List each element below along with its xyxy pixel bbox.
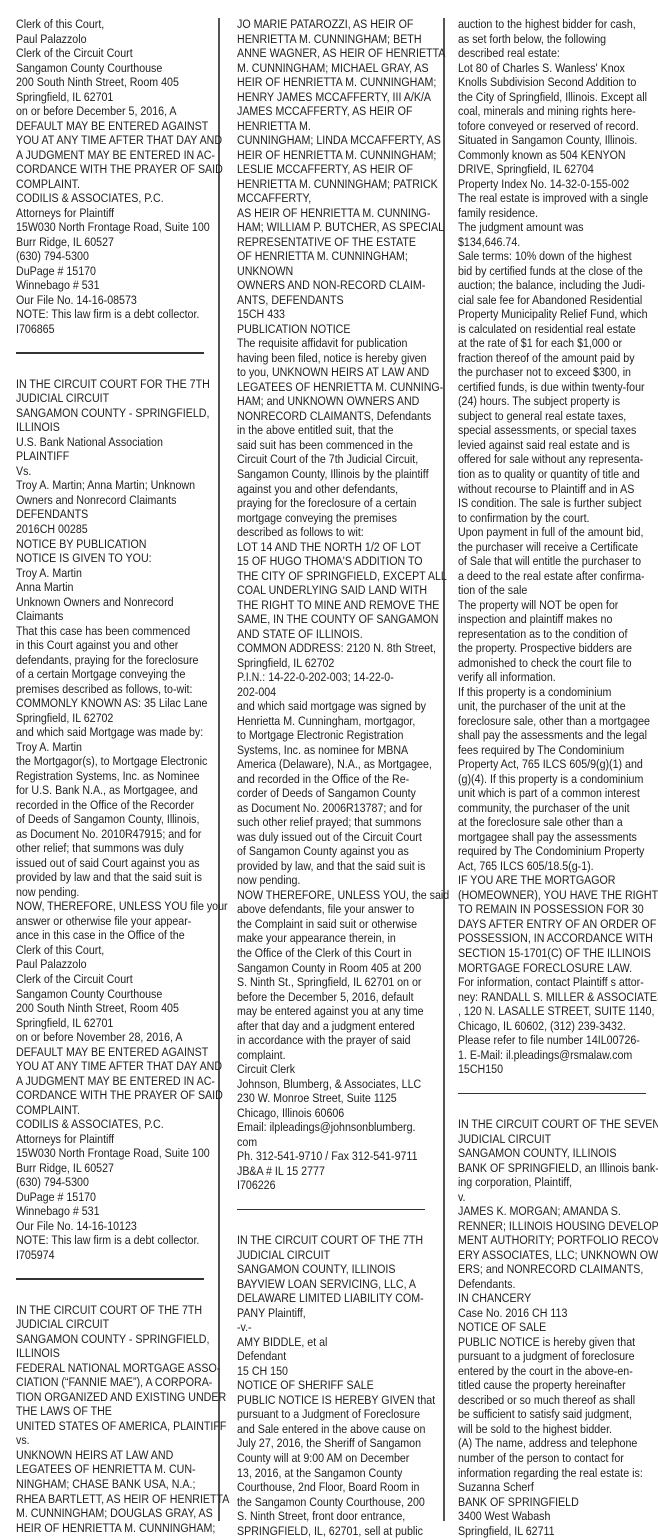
- notice-text-line: in this Court against you and other: [16, 638, 188, 653]
- notice-text-line: DAYS AFTER ENTRY OF AN ORDER OF: [458, 917, 630, 932]
- notice-text-line: Situated in Sangamon County, Illinois.: [458, 133, 630, 148]
- notice-text-line: 200 South Ninth Street, Room 405: [16, 75, 188, 90]
- notice-text-line: Ph. 312-541-9710 / Fax 312-541-9711: [237, 1149, 409, 1164]
- notice-text-line: 15CH 433: [237, 307, 409, 322]
- notice-text-line: July 27, 2016, the Sheriff of Sangamon: [237, 1436, 409, 1451]
- notice-text-line: pursuant to a Judgment of Foreclosure: [237, 1407, 409, 1422]
- notice-text-line: HENRIETTA M. CUNNINGHAM; PATRICK: [237, 177, 409, 192]
- notice-text-line: PLAINTIFF: [16, 449, 188, 464]
- notice-text-line: foreclosure sale, other than a mortgagee: [458, 714, 630, 729]
- notice-text-line: vs.: [16, 1433, 188, 1448]
- notice-text-line: pursuant to a judgment of foreclosure: [458, 1349, 630, 1364]
- notice-text-line: I706865: [16, 322, 188, 337]
- notice-text-line: ILLINOIS: [16, 420, 188, 435]
- notice-text-line: Henrietta M. Cunningham, mortgagor,: [237, 714, 409, 729]
- notice-text-line: ing corporation, Plaintiff,: [458, 1175, 630, 1190]
- notice-text-line: Attorneys for Plaintiff: [16, 1132, 188, 1147]
- notice-text-line: MORTGAGE FORECLOSURE LAW.: [458, 961, 630, 976]
- notice-text-line: PUBLICATION NOTICE: [237, 322, 409, 337]
- notice-text-line: Anna Martin: [16, 580, 188, 595]
- notice-text-line: entered by the court in the above-en-: [458, 1364, 630, 1379]
- notice-text-line: admonished to check the court file to: [458, 656, 630, 671]
- notice-text-line: THE LAWS OF THE: [16, 1404, 188, 1419]
- notice-text-line: Springfield, IL 62702: [237, 656, 409, 671]
- notice-text-line: Defendants.: [458, 1277, 630, 1292]
- notice-text-line: SAME, IN THE COUNTY OF SANGAMON: [237, 612, 409, 627]
- notice-text-line: JUDICIAL CIRCUIT: [16, 391, 188, 406]
- notice-text-line: Case No. 2016 CH 113: [458, 1306, 630, 1321]
- notice-text-line: tion as to quality or quantity of title …: [458, 467, 630, 482]
- notice-text-line: A JUDGMENT MAY BE ENTERED IN AC-: [16, 1074, 188, 1089]
- notice-text-line: POSSESSION, IN ACCORDANCE WITH: [458, 931, 630, 946]
- notice-text-line: the property. Prospective bidders are: [458, 641, 630, 656]
- notice-text-line: COMPLAINT.: [16, 177, 188, 192]
- notice-text-line: ANNE WAGNER, AS HEIR OF HENRIETTA: [237, 46, 409, 61]
- notice-text-line: (630) 794-5300: [16, 1175, 188, 1190]
- notice-text-line: information regarding the real estate is…: [458, 1466, 630, 1481]
- notice-text-line: inspection and plaintiff makes no: [458, 612, 630, 627]
- notice-text-line: is calculated on residential real estate: [458, 322, 630, 337]
- notice-text-line: CIATION (“FANNIE MAE”), A CORPORA-: [16, 1375, 188, 1390]
- notice-text-line: JO MARIE PATAROZZI, AS HEIR OF: [237, 17, 409, 32]
- column-divider-1: [218, 18, 220, 1521]
- notice-text-line: 15W030 North Frontage Road, Suite 100: [16, 1146, 188, 1161]
- notice-text-line: may be entered against you at any time: [237, 1004, 409, 1019]
- notice-text-line: Our File No. 14-16-08573: [16, 293, 188, 308]
- notice-text-line: NINGHAM; CHASE BANK USA, N.A.;: [16, 1477, 188, 1492]
- legal-notice: Clerk of this Court,Paul PalazzoloClerk …: [16, 17, 216, 336]
- notice-text-line: Paul Palazzolo: [16, 32, 188, 47]
- notice-text-line: Property Act, 765 ILCS 605/9(g)(1) and: [458, 757, 630, 772]
- notice-text-line: to Mortgage Electronic Registration: [237, 728, 409, 743]
- notice-text-line: bid by certified funds at the close of t…: [458, 264, 630, 279]
- notice-text-line: verify all information.: [458, 670, 630, 685]
- notice-text-line: special assessments, or special taxes: [458, 423, 630, 438]
- notice-text-line: CORDANCE WITH THE PRAYER OF SAID: [16, 1088, 188, 1103]
- notice-text-line: to confirmation by the court.: [458, 511, 630, 526]
- notice-text-line: recorded in the Office of the Recorder: [16, 798, 188, 813]
- notice-text-line: The real estate is improved with a singl…: [458, 191, 630, 206]
- notice-text-line: DEFAULT MAY BE ENTERED AGAINST: [16, 1045, 188, 1060]
- notice-text-line: HEIR OF HENRIETTA M. CUNNINGHAM;: [16, 1521, 188, 1536]
- notice-text-line: SANGAMON COUNTY, ILLINOIS: [237, 1262, 409, 1277]
- notice-text-line: fees required by The Condominium: [458, 743, 630, 758]
- notice-text-line: Springfield, IL 62701: [16, 1016, 188, 1031]
- notice-text-line: TO REMAIN IN POSSESSION FOR 30: [458, 902, 630, 917]
- notice-text-line: other relief; that summons was duly: [16, 841, 188, 856]
- notice-text-line: M. CUNNINGHAM; DOUGLAS GRAY, AS: [16, 1506, 188, 1521]
- notice-text-line: $134,646.74.: [458, 235, 630, 250]
- notice-text-line: U.S. Bank National Association: [16, 435, 188, 450]
- notice-text-line: SANGAMON COUNTY - SPRINGFIELD,: [16, 1332, 188, 1347]
- notice-text-line: HENRIETTA M. CUNNINGHAM; BETH: [237, 32, 409, 47]
- notice-text-line: Sangamon County in Room 405 at 200: [237, 961, 409, 976]
- notice-text-line: be sufficient to satisfy said judgment,: [458, 1407, 630, 1422]
- notice-text-line: (HOMEOWNER), YOU HAVE THE RIGHT: [458, 888, 630, 903]
- notice-text-line: Vs.: [16, 464, 188, 479]
- notice-text-line: the purchaser not to exceed $300, in: [458, 365, 630, 380]
- notice-text-line: against you and other defendants,: [237, 482, 409, 497]
- notice-text-line: Attorneys for Plaintiff: [16, 206, 188, 221]
- notice-text-line: MENT AUTHORITY; PORTFOLIO RECOV-: [458, 1233, 630, 1248]
- notice-text-line: provided by law, and that the said suit …: [237, 859, 409, 874]
- legal-notice: IN THE CIRCUIT COURT OF THE 7THJUDICIAL …: [237, 1233, 437, 1538]
- notice-text-line: of Deeds of Sangamon County, Illinois,: [16, 812, 188, 827]
- notice-text-line: IN THE CIRCUIT COURT FOR THE 7TH: [16, 377, 188, 392]
- notice-text-line: Troy A. Martin: [16, 740, 188, 755]
- notice-text-line: praying for the foreclosure of a certain: [237, 496, 409, 511]
- notice-text-line: JAMES K. MORGAN; AMANDA S.: [458, 1204, 630, 1219]
- notice-text-line: of Sale that will entitle the purchaser …: [458, 554, 630, 569]
- notice-text-line: as set forth below, the following: [458, 32, 630, 47]
- notice-text-line: DEFENDANTS: [16, 507, 188, 522]
- notice-text-line: ney: RANDALL S. MILLER & ASSOCIATES: [458, 990, 630, 1005]
- notice-text-line: PUBLIC NOTICE is hereby given that: [458, 1335, 630, 1350]
- notice-text-line: Suzanna Scherf: [458, 1480, 630, 1495]
- notice-text-line: Email: ilpleadings@johnsonblumberg.: [237, 1120, 409, 1135]
- notice-text-line: RENNER; ILLINOIS HOUSING DEVELOP-: [458, 1219, 630, 1234]
- notice-text-line: CODILIS & ASSOCIATES, P.C.: [16, 1117, 188, 1132]
- notice-text-line: tion of the sale: [458, 583, 630, 598]
- notice-text-line: as Document No. 2006R13787; and for: [237, 801, 409, 816]
- notice-text-line: The judgment amount was: [458, 220, 630, 235]
- notice-text-line: fraction thereof of the amount paid by: [458, 351, 630, 366]
- notice-text-line: said suit has been commenced in the: [237, 438, 409, 453]
- notice-text-line: 1. E-Mail: il.pleadings@rsmalaw.com: [458, 1048, 630, 1063]
- notice-text-line: Upon payment in full of the amount bid,: [458, 525, 630, 540]
- notice-text-line: on or before November 28, 2016, A: [16, 1030, 188, 1045]
- notice-text-line: IN THE CIRCUIT COURT OF THE 7TH: [16, 1303, 188, 1318]
- notice-text-line: Troy A. Martin: [16, 566, 188, 581]
- notice-text-line: That this case has been commenced: [16, 624, 188, 639]
- notice-text-line: now pending.: [16, 885, 188, 900]
- notice-text-line: without recourse to Plaintiff and in AS: [458, 482, 630, 497]
- notice-text-line: PANY Plaintiff,: [237, 1306, 409, 1321]
- notice-text-line: shall pay the assessments and the legal: [458, 728, 630, 743]
- column-right: auction to the highest bidder for cash,a…: [458, 17, 658, 1538]
- notice-text-line: Chicago, Illinois 60606: [237, 1106, 409, 1121]
- notice-text-line: BANK OF SPRINGFIELD: [458, 1495, 630, 1510]
- notice-text-line: NOW THEREFORE, UNLESS YOU, the said: [237, 888, 409, 903]
- notice-text-line: 13, 2016, at the Sangamon County: [237, 1466, 409, 1481]
- notice-text-line: YOU AT ANY TIME AFTER THAT DAY AND: [16, 1059, 188, 1074]
- notice-text-line: SECTION 15-1701(C) OF THE ILLINOIS: [458, 946, 630, 961]
- notice-text-line: Lot 80 of Charles S. Wanless' Knox: [458, 61, 630, 76]
- notice-text-line: offered for sale without any representa-: [458, 452, 630, 467]
- notice-text-line: NOW, THEREFORE, UNLESS YOU file your: [16, 899, 188, 914]
- notice-text-line: Act, 765 ILCS 605/18.5(g-1).: [458, 859, 630, 874]
- notice-text-line: defendants, praying for the foreclosure: [16, 653, 188, 668]
- legal-notice: IN THE CIRCUIT COURT OF THE 7THJUDICIAL …: [16, 1303, 216, 1535]
- notice-text-line: IN CHANCERY: [458, 1291, 630, 1306]
- notice-text-line: DRIVE, Springfield, IL 62704: [458, 162, 630, 177]
- notice-text-line: For information, contact Plaintiff s att…: [458, 975, 630, 990]
- notice-text-line: 15CH150: [458, 1062, 630, 1077]
- notice-text-line: The property will NOT be open for: [458, 598, 630, 613]
- notice-text-line: ance in this case in the Office of the: [16, 928, 188, 943]
- notice-text-line: the Complaint in said suit or otherwise: [237, 917, 409, 932]
- notice-text-line: will be sold to the highest bidder.: [458, 1422, 630, 1437]
- notice-text-line: NOTICE IS GIVEN TO YOU:: [16, 551, 188, 566]
- notice-text-line: make your appearance therein, in: [237, 931, 409, 946]
- notice-text-line: JUDICIAL CIRCUIT: [16, 1317, 188, 1332]
- notice-text-line: Registration Systems, Inc. as Nominee: [16, 769, 188, 784]
- notice-text-line: UNKNOWN: [237, 264, 409, 279]
- notice-text-line: representation as to the condition of: [458, 627, 630, 642]
- notice-text-line: The requisite affidavit for publication: [237, 336, 409, 351]
- notice-text-line: Systems, Inc. as nominee for MBNA: [237, 743, 409, 758]
- notice-separator: [237, 1209, 425, 1211]
- notice-text-line: HEIR OF HENRIETTA M. CUNNINGHAM;: [237, 75, 409, 90]
- notice-text-line: the Mortgagor(s), to Mortgage Electronic: [16, 754, 188, 769]
- notice-text-line: AND STATE OF ILLINOIS.: [237, 627, 409, 642]
- notice-text-line: REPRESENTATIVE OF THE ESTATE: [237, 235, 409, 250]
- notice-text-line: If this property is a condominium: [458, 685, 630, 700]
- notice-text-line: NOTICE OF SHERIFF SALE: [237, 1378, 409, 1393]
- notice-text-line: Johnson, Blumberg, & Associates, LLC: [237, 1077, 409, 1092]
- notice-text-line: answer or otherwise file your appear-: [16, 914, 188, 929]
- notice-text-line: (630) 794-5300: [16, 249, 188, 264]
- notice-text-line: before the December 5, 2016, default: [237, 990, 409, 1005]
- notice-text-line: I705974: [16, 1248, 188, 1263]
- notice-text-line: unit, the purchaser of the unit at the: [458, 699, 630, 714]
- notice-text-line: CUNNINGHAM; LINDA MCCAFFERTY, AS: [237, 133, 409, 148]
- notice-text-line: NONRECORD CLAIMANTS, Defendants: [237, 409, 409, 424]
- notice-text-line: subject to general real estate taxes,: [458, 409, 630, 424]
- notice-text-line: (A) The name, address and telephone: [458, 1436, 630, 1451]
- notice-text-line: such other relief prayed; that summons: [237, 815, 409, 830]
- notice-text-line: Chicago, IL 60602, (312) 239-3432.: [458, 1019, 630, 1034]
- notice-text-line: SPRINGFIELD, IL, 62701, sell at public: [237, 1524, 409, 1539]
- notice-text-line: Circuit Court of the 7th Judicial Circui…: [237, 452, 409, 467]
- notice-text-line: JB&A # IL 15 2777: [237, 1164, 409, 1179]
- notice-text-line: family residence.: [458, 206, 630, 221]
- notice-text-line: AS HEIR OF HENRIETTA M. CUNNING-: [237, 206, 409, 221]
- notice-text-line: NOTICE OF SALE: [458, 1320, 630, 1335]
- notice-text-line: of Sangamon County against you as: [237, 844, 409, 859]
- notice-text-line: Paul Palazzolo: [16, 957, 188, 972]
- notice-text-line: Clerk of this Court,: [16, 943, 188, 958]
- notice-text-line: Troy A. Martin; Anna Martin; Unknown: [16, 478, 188, 493]
- notice-text-line: corder of Deeds of Sangamon County: [237, 786, 409, 801]
- notice-text-line: BANK OF SPRINGFIELD, an Illinois bank-: [458, 1161, 630, 1176]
- notice-text-line: was duly issued out of the Circuit Court: [237, 830, 409, 845]
- notice-text-line: after that day and a judgment entered: [237, 1019, 409, 1034]
- notice-text-line: Defendant: [237, 1349, 409, 1364]
- notice-text-line: Please refer to file number 14IL00726-: [458, 1033, 630, 1048]
- notice-text-line: 230 W. Monroe Street, Suite 1125: [237, 1091, 409, 1106]
- notice-text-line: required by The Condominium Property: [458, 844, 630, 859]
- notice-text-line: auction to the highest bidder for cash,: [458, 17, 630, 32]
- notice-text-line: IS condition. The sale is further subjec…: [458, 496, 630, 511]
- notice-text-line: Property Municipality Relief Fund, which: [458, 307, 630, 322]
- notice-text-line: S. Ninth Street, front door entrance,: [237, 1509, 409, 1524]
- notice-text-line: the City of Springfield, Illinois. Excep…: [458, 90, 630, 105]
- notice-text-line: on or before December 5, 2016, A: [16, 104, 188, 119]
- notice-text-line: and Sale entered in the above cause on: [237, 1422, 409, 1437]
- notice-text-line: HEIR OF HENRIETTA M. CUNNINGHAM;: [237, 148, 409, 163]
- notice-text-line: the purchaser will receive a Certificate: [458, 540, 630, 555]
- notice-text-line: and which said Mortgage was made by:: [16, 725, 188, 740]
- notice-text-line: described real estate:: [458, 46, 630, 61]
- notice-text-line: coal, minerals and mining rights here-: [458, 104, 630, 119]
- notice-text-line: Commonly known as 504 KENYON: [458, 148, 630, 163]
- notice-text-line: JUDICIAL CIRCUIT: [237, 1248, 409, 1263]
- notice-text-line: CODILIS & ASSOCIATES, P.C.: [16, 191, 188, 206]
- notice-text-line: Winnebago # 531: [16, 278, 188, 293]
- notice-text-line: DEFAULT MAY BE ENTERED AGAINST: [16, 119, 188, 134]
- notice-text-line: BAYVIEW LOAN SERVICING, LLC, A: [237, 1277, 409, 1292]
- notice-text-line: S. Ninth St., Springfield, IL 62701 on o…: [237, 975, 409, 990]
- notice-text-line: ERY ASSOCIATES, LLC; UNKNOWN OWN-: [458, 1248, 630, 1263]
- notice-text-line: in accordance with the prayer of said: [237, 1033, 409, 1048]
- notice-text-line: HAM; WILLIAM P. BUTCHER, AS SPECIAL: [237, 220, 409, 235]
- legal-notice: IN THE CIRCUIT COURT OF THE SEVENTHJUDIC…: [458, 1117, 658, 1538]
- notice-text-line: Sangamon County Courthouse: [16, 987, 188, 1002]
- notice-text-line: NOTE: This law firm is a debt collector.: [16, 307, 188, 322]
- notice-separator: [16, 1278, 204, 1280]
- notice-text-line: at the foreclosure sale other than a: [458, 815, 630, 830]
- notice-text-line: to you, UNKNOWN HEIRS AT LAW AND: [237, 365, 409, 380]
- notice-separator: [458, 1093, 646, 1095]
- notice-text-line: of a certain Mortgage conveying the: [16, 667, 188, 682]
- notice-text-line: tofore conveyed or reserved of record.: [458, 119, 630, 134]
- notice-text-line: Clerk of this Court,: [16, 17, 188, 32]
- notice-text-line: OWNERS AND NON-RECORD CLAIM-: [237, 278, 409, 293]
- notice-text-line: HENRIETTA M.: [237, 119, 409, 134]
- notice-text-line: mortgage conveying the premises: [237, 511, 409, 526]
- notice-text-line: number of the person to contact for: [458, 1451, 630, 1466]
- notice-text-line: IF YOU ARE THE MORTGAGOR: [458, 873, 630, 888]
- notice-text-line: community, the purchaser of the unit: [458, 801, 630, 816]
- notice-text-line: OF HENRIETTA M. CUNNINGHAM;: [237, 249, 409, 264]
- notice-text-line: LESLIE MCCAFFERTY, AS HEIR OF: [237, 162, 409, 177]
- notice-text-line: provided by law and that the said suit i…: [16, 870, 188, 885]
- notice-text-line: v.: [458, 1190, 630, 1205]
- notice-text-line: DuPage # 15170: [16, 1190, 188, 1205]
- notice-text-line: JAMES MCCAFFERTY, AS HEIR OF: [237, 104, 409, 119]
- notice-text-line: , 120 N. LASALLE STREET, SUITE 1140,: [458, 1004, 630, 1019]
- notice-text-line: Property Index No. 14-32-0-155-002: [458, 177, 630, 192]
- notice-text-line: ERS; and NONRECORD CLAIMANTS,: [458, 1262, 630, 1277]
- notice-text-line: JUDICIAL CIRCUIT: [458, 1132, 630, 1147]
- notice-text-line: PUBLIC NOTICE IS HEREBY GIVEN that: [237, 1393, 409, 1408]
- notice-text-line: and recorded in the Office of the Re-: [237, 772, 409, 787]
- notice-text-line: and which said mortgage was signed by: [237, 699, 409, 714]
- notice-text-line: YOU AT ANY TIME AFTER THAT DAY AND: [16, 133, 188, 148]
- notice-text-line: 3400 West Wabash: [458, 1509, 630, 1524]
- notice-text-line: in the above entitled suit, that the: [237, 423, 409, 438]
- notice-text-line: DELAWARE LIMITED LIABILITY COM-: [237, 1291, 409, 1306]
- notice-text-line: Knolls Subdivision Second Addition to: [458, 75, 630, 90]
- notice-text-line: THE CITY OF SPRINGFIELD, EXCEPT ALL: [237, 569, 409, 584]
- notice-text-line: LEGATEES OF HENRIETTA M. CUN-: [16, 1462, 188, 1477]
- notice-text-line: CORDANCE WITH THE PRAYER OF SAID: [16, 162, 188, 177]
- notice-text-line: HENRY JAMES MCCAFFERTY, III A/K/A: [237, 90, 409, 105]
- notice-text-line: NOTE: This law firm is a debt collector.: [16, 1233, 188, 1248]
- legal-notice: auction to the highest bidder for cash,a…: [458, 17, 658, 1077]
- notice-text-line: Claimants: [16, 609, 188, 624]
- notice-text-line: THE RIGHT TO MINE AND REMOVE THE: [237, 598, 409, 613]
- notice-text-line: MCCAFFERTY,: [237, 191, 409, 206]
- notice-text-line: levied against said real estate and is: [458, 438, 630, 453]
- legal-notice: IN THE CIRCUIT COURT FOR THE 7THJUDICIAL…: [16, 377, 216, 1262]
- notice-text-line: Our File No. 14-16-10123: [16, 1219, 188, 1234]
- notice-text-line: unit which is part of a common interest: [458, 786, 630, 801]
- notice-text-line: Sangamon County Courthouse: [16, 61, 188, 76]
- notice-text-line: 15W030 North Frontage Road, Suite 100: [16, 220, 188, 235]
- notice-text-line: Circuit Clerk: [237, 1062, 409, 1077]
- notice-text-line: described or so much thereof as shall: [458, 1393, 630, 1408]
- notice-text-line: UNITED STATES OF AMERICA, PLAINTIFF: [16, 1419, 188, 1434]
- notice-text-line: having been filed, notice is hereby give…: [237, 351, 409, 366]
- notice-text-line: now pending.: [237, 873, 409, 888]
- notice-text-line: the Sangamon County Courthouse, 200: [237, 1495, 409, 1510]
- legal-notice: JO MARIE PATAROZZI, AS HEIR OFHENRIETTA …: [237, 17, 437, 1193]
- notice-text-line: SANGAMON COUNTY - SPRINGFIELD,: [16, 406, 188, 421]
- notice-text-line: COMMON ADDRESS: 2120 N. 8th Street,: [237, 641, 409, 656]
- notice-separator: [16, 352, 204, 354]
- notice-text-line: FEDERAL NATIONAL MORTGAGE ASSO-: [16, 1361, 188, 1376]
- notice-text-line: Owners and Nonrecord Claimants: [16, 493, 188, 508]
- notice-text-line: (g)(4). If this property is a condominiu…: [458, 772, 630, 787]
- notice-text-line: Sale terms: 10% down of the highest: [458, 249, 630, 264]
- notice-text-line: LEGATEES OF HENRIETTA M. CUNNING-: [237, 380, 409, 395]
- notice-text-line: Sangamon County, Illinois by the plainti…: [237, 467, 409, 482]
- notice-text-line: Springfield, IL 62701: [16, 90, 188, 105]
- notice-text-line: COMMONLY KNOWN AS: 35 Lilac Lane: [16, 696, 188, 711]
- notice-text-line: 2016CH 00285: [16, 522, 188, 537]
- notice-text-line: cial sale fee for Abandoned Residential: [458, 293, 630, 308]
- notice-text-line: HAM; and UNKNOWN OWNERS AND: [237, 394, 409, 409]
- notice-text-line: com: [237, 1135, 409, 1150]
- notice-text-line: Burr Ridge, IL 60527: [16, 1161, 188, 1176]
- notice-text-line: IN THE CIRCUIT COURT OF THE 7TH: [237, 1233, 409, 1248]
- notice-text-line: described as follows to wit:: [237, 525, 409, 540]
- notice-text-line: at the rate of $1 for each $1,000 or: [458, 336, 630, 351]
- notice-text-line: Springfield, IL 62711: [458, 1524, 630, 1539]
- notice-text-line: UNKNOWN HEIRS AT LAW AND: [16, 1448, 188, 1463]
- notice-text-line: IN THE CIRCUIT COURT OF THE SEVENTH: [458, 1117, 630, 1132]
- notice-text-line: RHEA BARTLETT, AS HEIR OF HENRIETTA: [16, 1492, 188, 1507]
- notice-text-line: a deed to the real estate after confirma…: [458, 569, 630, 584]
- notice-text-line: Clerk of the Circuit Court: [16, 972, 188, 987]
- notice-text-line: 15 CH 150: [237, 1364, 409, 1379]
- notice-text-line: AMY BIDDLE, et al: [237, 1335, 409, 1350]
- column-middle: JO MARIE PATAROZZI, AS HEIR OFHENRIETTA …: [237, 17, 437, 1538]
- notice-text-line: County will at 9:00 AM on December: [237, 1451, 409, 1466]
- notice-text-line: certified funds, is due within twenty-fo…: [458, 380, 630, 395]
- notice-text-line: TION ORGANIZED AND EXISTING UNDER: [16, 1390, 188, 1405]
- notice-text-line: the Office of the Clerk of this Court in: [237, 946, 409, 961]
- notice-text-line: 200 South Ninth Street, Room 405: [16, 1001, 188, 1016]
- notice-text-line: 15 OF HUGO THOMA'S ADDITION TO: [237, 554, 409, 569]
- notice-text-line: ILLINOIS: [16, 1346, 188, 1361]
- notice-text-line: above defendants, file your answer to: [237, 902, 409, 917]
- notice-text-line: I706226: [237, 1178, 409, 1193]
- notice-text-line: for U.S. Bank N.A., as Mortgagee, and: [16, 783, 188, 798]
- column-left: Clerk of this Court,Paul PalazzoloClerk …: [16, 17, 216, 1535]
- notice-text-line: Springfield, IL 62702: [16, 711, 188, 726]
- notice-text-line: A JUDGMENT MAY BE ENTERED IN AC-: [16, 148, 188, 163]
- notice-text-line: titled cause the property hereinafter: [458, 1378, 630, 1393]
- notice-text-line: SANGAMON COUNTY, ILLINOIS: [458, 1146, 630, 1161]
- notice-text-line: as Document No. 2010R47915; and for: [16, 827, 188, 842]
- column-divider-2: [443, 18, 445, 1521]
- notice-text-line: 202-004: [237, 685, 409, 700]
- notice-text-line: complaint.: [237, 1048, 409, 1063]
- notice-text-line: LOT 14 AND THE NORTH 1/2 OF LOT: [237, 540, 409, 555]
